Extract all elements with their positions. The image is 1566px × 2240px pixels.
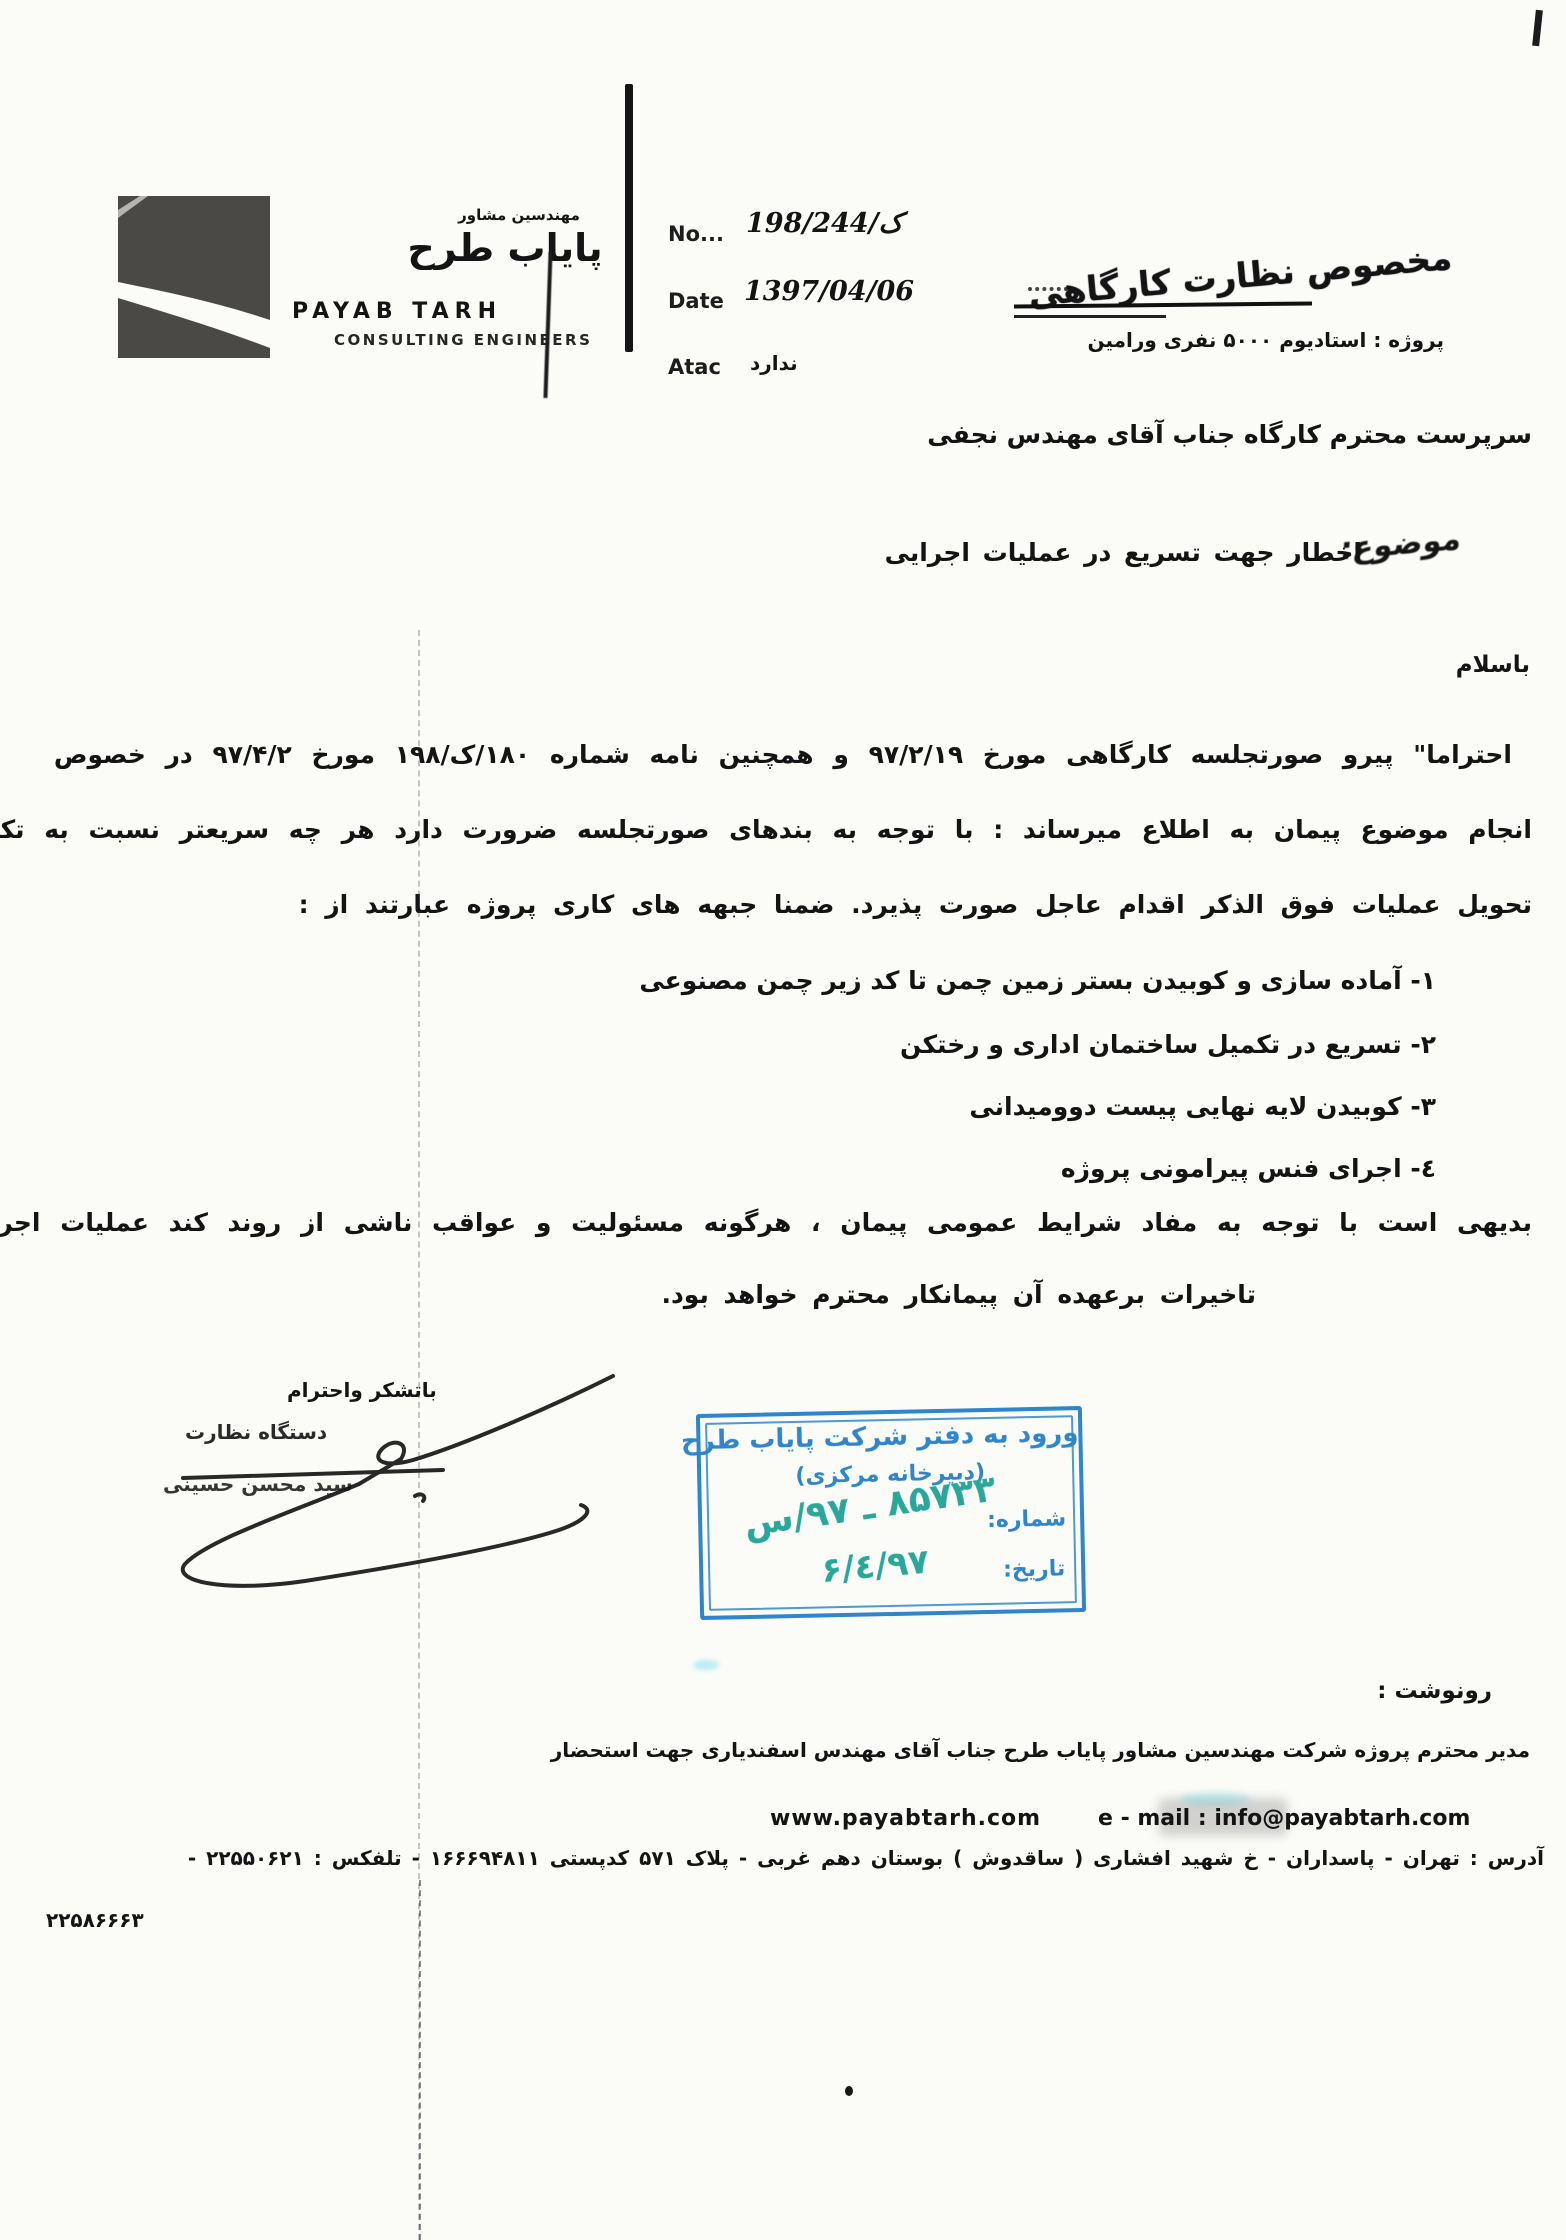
fold-crease-dark bbox=[419, 1880, 421, 2240]
list-item-4: ٤- اجرای فنس پیرامونی پروژه bbox=[1061, 1154, 1436, 1183]
letterhead-divider bbox=[625, 84, 633, 352]
ref-no-label: No... bbox=[668, 222, 724, 246]
fax-extra-number: ۲۲۵۸۶۶۶۳ bbox=[46, 1908, 144, 1932]
scan-speck-cyan-2 bbox=[1180, 1792, 1250, 1806]
website-text: www.payabtarh.com bbox=[770, 1806, 1041, 1831]
body-line-3: تحویل عملیات فوق الذکر اقدام عاجل صورت پ… bbox=[299, 890, 1532, 919]
list-item-2: ۲- تسریع در تکمیل ساختمان اداری و رختکن bbox=[900, 1030, 1436, 1059]
address-line: آدرس : تهران - پاسداران - خ شهید افشاری … bbox=[188, 1846, 1544, 1870]
addressee-line: سرپرست محترم کارگاه جناب آقای مهندس نجفی bbox=[927, 420, 1532, 449]
body-line-1: احتراما" پیرو صورتجلسه کارگاهی مورخ ۹۷/۲… bbox=[54, 740, 1512, 769]
attachment-label: Atac bbox=[668, 355, 721, 379]
subject-text: اخطار جهت تسریع در عملیات اجرایی bbox=[885, 538, 1362, 567]
closing-line-2: تاخیرات برعهده آن پیمانکار محترم خواهد ب… bbox=[661, 1280, 1256, 1309]
logo-fa-small: مهندسین مشاور bbox=[404, 206, 634, 224]
list-item-1: ۱- آماده سازی و کوبیدن بستر زمین چمن تا … bbox=[639, 966, 1436, 995]
attachment-value: ندارد bbox=[750, 351, 798, 375]
salutation: باسلام bbox=[1456, 652, 1530, 678]
logo-calligraphy-stroke bbox=[543, 252, 552, 398]
closing-line-1: بدیهی است با توجه به مفاد شرایط عمومی پی… bbox=[0, 1208, 1532, 1237]
classification-underline-2 bbox=[1014, 315, 1166, 318]
signature-scribble bbox=[115, 1350, 645, 1600]
scan-dot bbox=[845, 2086, 853, 2096]
ref-no-value: 198/ک/244 bbox=[746, 208, 903, 239]
date-label: Date bbox=[668, 289, 724, 313]
stamp-date-label: تاریخ: bbox=[1003, 1556, 1066, 1582]
list-item-3: ۳- کوبیدن لایه نهایی پیست دوومیدانی bbox=[969, 1092, 1436, 1121]
scan-speck-cyan-1 bbox=[693, 1660, 719, 1670]
logo-fa-name: پایاب طرح bbox=[380, 226, 630, 270]
cc-line: مدیر محترم پروژه شرکت مهندسین مشاور پایا… bbox=[551, 1738, 1530, 1762]
entry-stamp: ورود به دفتر شرکت پایاب طرح (دبیرخانه مر… bbox=[696, 1406, 1086, 1620]
project-line: پروژه : استادیوم ۵۰۰۰ نفری ورامین bbox=[1087, 328, 1444, 352]
date-value: 1397/04/06 bbox=[744, 276, 914, 307]
logo-en-subtitle: CONSULTING ENGINEERS bbox=[334, 331, 592, 349]
logo-en-name: PAYAB TARH bbox=[292, 299, 502, 324]
email-text: e - mail : info@payabtarh.com bbox=[1098, 1806, 1470, 1831]
scan-corner-mark bbox=[1532, 10, 1543, 47]
scanned-letter-page: مهندسین مشاور پایاب طرح PAYAB TARH CONSU… bbox=[0, 0, 1566, 2240]
company-logo-mark bbox=[118, 196, 270, 358]
cc-label: رونوشت : bbox=[1377, 1678, 1492, 1704]
body-line-2: انجام موضوع پیمان به اطلاع میرساند : با … bbox=[0, 815, 1532, 844]
stamp-number-label: شماره: bbox=[987, 1506, 1067, 1533]
logo-swoosh-icon bbox=[118, 196, 270, 358]
